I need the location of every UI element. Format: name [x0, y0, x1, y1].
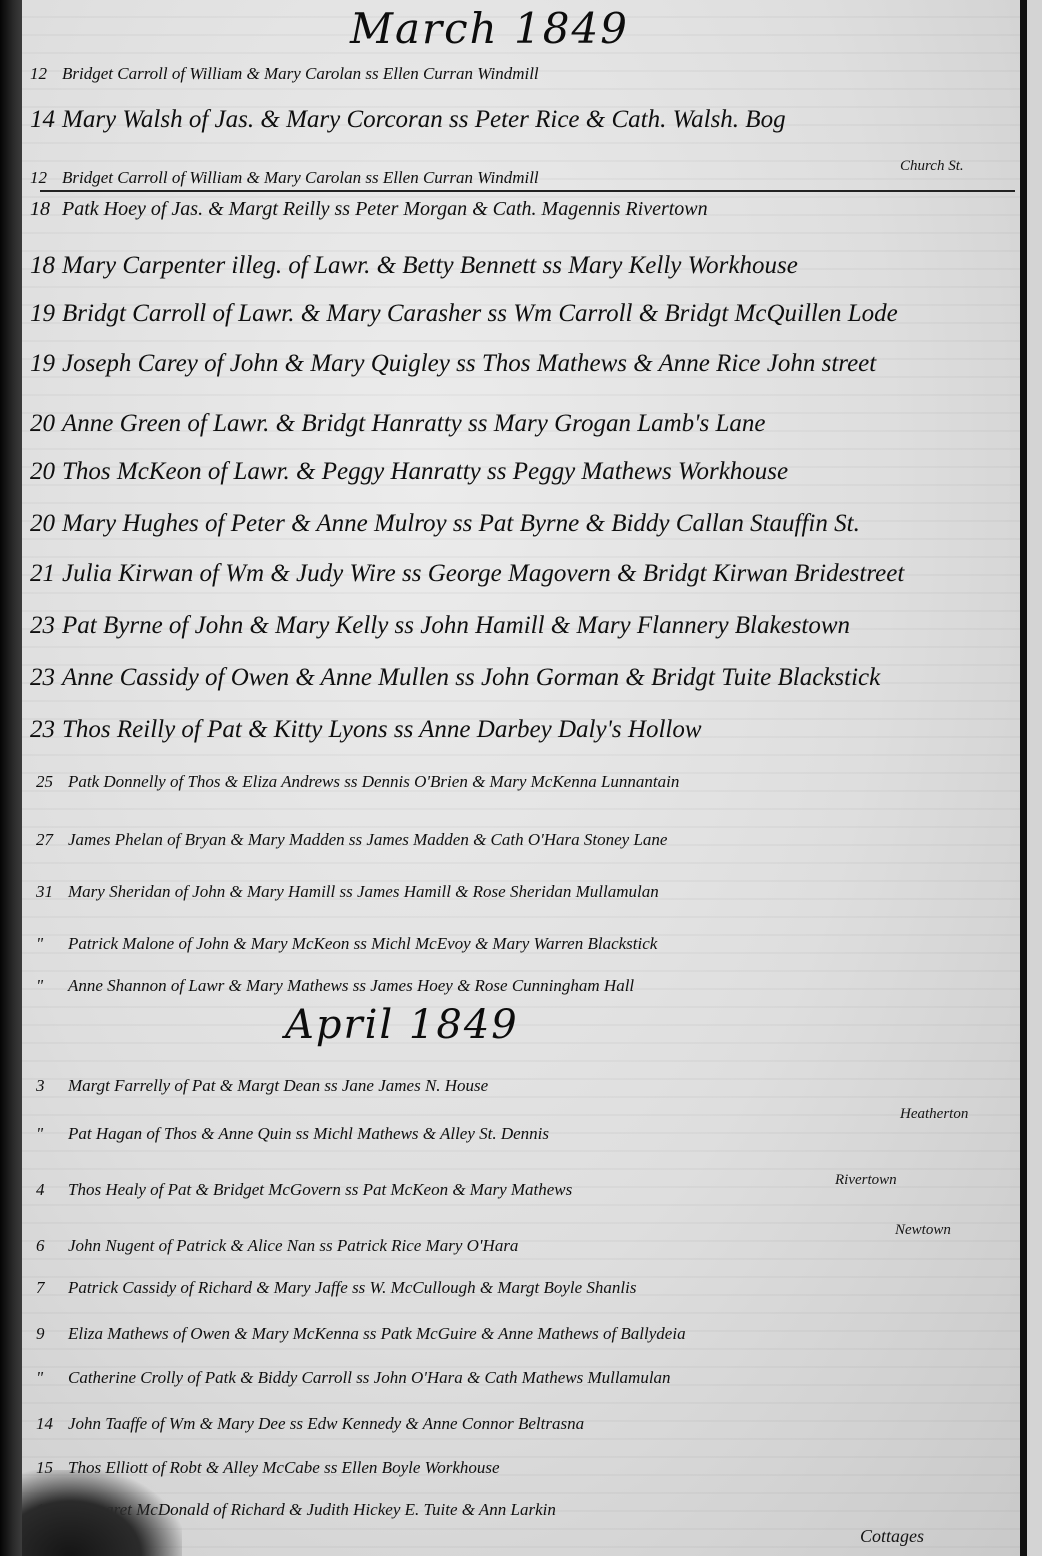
- entry-text: Joseph Carey of John & Mary Quigley ss T…: [62, 350, 876, 377]
- entry-day: ": [36, 934, 62, 954]
- entry-margin-note: Cottages: [860, 1526, 924, 1547]
- register-entry: 20Thos McKeon of Lawr. & Peggy Hanratty …: [30, 458, 1030, 486]
- entry-day: 14: [30, 106, 56, 134]
- entry-day: 20: [30, 510, 56, 538]
- entry-day: 7: [36, 1278, 62, 1298]
- register-entry: 12Bridget Carroll of William & Mary Caro…: [30, 64, 1030, 84]
- entry-day: 31: [36, 882, 62, 902]
- entry-day: ": [36, 1124, 62, 1144]
- register-entry: 3Margt Farrelly of Pat & Margt Dean ss J…: [36, 1076, 1036, 1096]
- register-entry: 19Joseph Carey of John & Mary Quigley ss…: [30, 350, 1030, 378]
- entry-text: Thos McKeon of Lawr. & Peggy Hanratty ss…: [62, 458, 788, 485]
- register-entry: 7Patrick Cassidy of Richard & Mary Jaffe…: [36, 1278, 1036, 1298]
- entry-text: Bridget Carroll of William & Mary Carola…: [62, 168, 539, 187]
- register-entry: 12Bridget Carroll of William & Mary Caro…: [30, 168, 1030, 188]
- entry-day: 19: [30, 350, 56, 378]
- entry-day: 14: [36, 1414, 62, 1434]
- entry-text: Bridget Carroll of William & Mary Carola…: [62, 64, 539, 83]
- register-entry: 25Patk Donnelly of Thos & Eliza Andrews …: [36, 772, 1036, 792]
- entry-text: Pat Hagan of Thos & Anne Quin ss Michl M…: [68, 1124, 549, 1143]
- entry-text: Bridgt Carroll of Lawr. & Mary Carasher …: [62, 300, 898, 327]
- entry-day: 20: [30, 458, 56, 486]
- entry-day: ": [36, 976, 62, 996]
- entry-day: 6: [36, 1236, 62, 1256]
- entry-margin-note: Newtown: [895, 1222, 951, 1239]
- section-heading-april: April 1849: [285, 1002, 519, 1048]
- register-entry: 15Thos Elliott of Robt & Alley McCabe ss…: [36, 1458, 1036, 1478]
- entry-text: Patrick Malone of John & Mary McKeon ss …: [68, 934, 657, 953]
- register-entry: 20Anne Green of Lawr. & Bridgt Hanratty …: [30, 410, 1030, 438]
- entry-text: Mary Hughes of Peter & Anne Mulroy ss Pa…: [62, 510, 860, 537]
- entry-day: 19: [30, 300, 56, 328]
- entry-text: Eliza Mathews of Owen & Mary McKenna ss …: [68, 1324, 686, 1343]
- entry-text: Patk Donnelly of Thos & Eliza Andrews ss…: [68, 772, 679, 791]
- register-entry: "Pat Hagan of Thos & Anne Quin ss Michl …: [36, 1124, 1036, 1144]
- entry-day: 20: [30, 410, 56, 438]
- entry-text: Patk Hoey of Jas. & Margt Reilly ss Pete…: [62, 198, 708, 220]
- entry-day: 3: [36, 1076, 62, 1096]
- entry-text: Thos Healy of Pat & Bridget McGovern ss …: [68, 1180, 572, 1199]
- entry-day: 27: [36, 830, 62, 850]
- register-entry: 20Mary Hughes of Peter & Anne Mulroy ss …: [30, 510, 1030, 538]
- entry-day: 25: [36, 772, 62, 792]
- page-corner-shadow: [22, 1470, 182, 1556]
- register-entry: 27James Phelan of Bryan & Mary Madden ss…: [36, 830, 1036, 850]
- entry-text: John Nugent of Patrick & Alice Nan ss Pa…: [68, 1236, 518, 1255]
- entry-text: Margt Farrelly of Pat & Margt Dean ss Ja…: [68, 1076, 488, 1095]
- entry-day: 4: [36, 1180, 62, 1200]
- section-heading-march: March 1849: [350, 4, 629, 53]
- register-entry: 6John Nugent of Patrick & Alice Nan ss P…: [36, 1236, 1036, 1256]
- entry-day: 18: [30, 252, 56, 280]
- entry-day: 23: [30, 716, 56, 744]
- register-entry: 9Eliza Mathews of Owen & Mary McKenna ss…: [36, 1324, 1036, 1344]
- register-entry: "Anne Shannon of Lawr & Mary Mathews ss …: [36, 976, 1036, 996]
- entry-text: Thos Reilly of Pat & Kitty Lyons ss Anne…: [62, 716, 702, 743]
- register-entry: 21Julia Kirwan of Wm & Judy Wire ss Geor…: [30, 560, 1030, 588]
- entry-margin-note: Church St.: [900, 158, 964, 175]
- entry-text: Mary Sheridan of John & Mary Hamill ss J…: [68, 882, 659, 901]
- entry-day: 12: [30, 64, 56, 84]
- entry-text: Anne Green of Lawr. & Bridgt Hanratty ss…: [62, 410, 766, 437]
- register-entry: 23Pat Byrne of John & Mary Kelly ss John…: [30, 612, 1030, 640]
- entry-day: 23: [30, 612, 56, 640]
- entry-day: 12: [30, 168, 56, 188]
- register-entry: 31Mary Sheridan of John & Mary Hamill ss…: [36, 882, 1036, 902]
- register-entry: 18Patk Hoey of Jas. & Margt Reilly ss Pe…: [30, 198, 1030, 221]
- entry-day: 18: [30, 198, 56, 221]
- entry-text: John Taaffe of Wm & Mary Dee ss Edw Kenn…: [68, 1414, 584, 1433]
- entry-text: Anne Shannon of Lawr & Mary Mathews ss J…: [68, 976, 634, 995]
- register-entry: 11Margaret McDonald of Richard & Judith …: [36, 1500, 1036, 1520]
- register-entry: 14John Taaffe of Wm & Mary Dee ss Edw Ke…: [36, 1414, 1036, 1434]
- register-entry: 18Mary Carpenter illeg. of Lawr. & Betty…: [30, 252, 1030, 280]
- entry-day: 21: [30, 560, 56, 588]
- entry-day: ": [36, 1368, 62, 1388]
- register-entry: 14Mary Walsh of Jas. & Mary Corcoran ss …: [30, 106, 1030, 134]
- entry-day: 23: [30, 664, 56, 692]
- entry-text: Pat Byrne of John & Mary Kelly ss John H…: [62, 612, 850, 639]
- entry-text: James Phelan of Bryan & Mary Madden ss J…: [68, 830, 667, 849]
- entry-text: Anne Cassidy of Owen & Anne Mullen ss Jo…: [62, 664, 880, 691]
- entry-margin-note: Heatherton: [900, 1106, 968, 1123]
- book-binding-edge: [0, 0, 22, 1556]
- register-entry: 19Bridgt Carroll of Lawr. & Mary Carashe…: [30, 300, 1030, 328]
- entry-day: 9: [36, 1324, 62, 1344]
- entry-text: Catherine Crolly of Patk & Biddy Carroll…: [68, 1368, 671, 1387]
- register-entry: "Patrick Malone of John & Mary McKeon ss…: [36, 934, 1036, 954]
- entry-margin-note: Rivertown: [835, 1172, 897, 1189]
- divider-line: [40, 190, 1015, 192]
- entry-text: Julia Kirwan of Wm & Judy Wire ss George…: [62, 560, 904, 587]
- register-entry: 23Anne Cassidy of Owen & Anne Mullen ss …: [30, 664, 1030, 692]
- register-entry: 23Thos Reilly of Pat & Kitty Lyons ss An…: [30, 716, 1030, 744]
- entry-text: Mary Carpenter illeg. of Lawr. & Betty B…: [62, 252, 798, 279]
- entry-text: Mary Walsh of Jas. & Mary Corcoran ss Pe…: [62, 106, 786, 133]
- entry-text: Patrick Cassidy of Richard & Mary Jaffe …: [68, 1278, 637, 1297]
- register-entry: "Catherine Crolly of Patk & Biddy Carrol…: [36, 1368, 1036, 1388]
